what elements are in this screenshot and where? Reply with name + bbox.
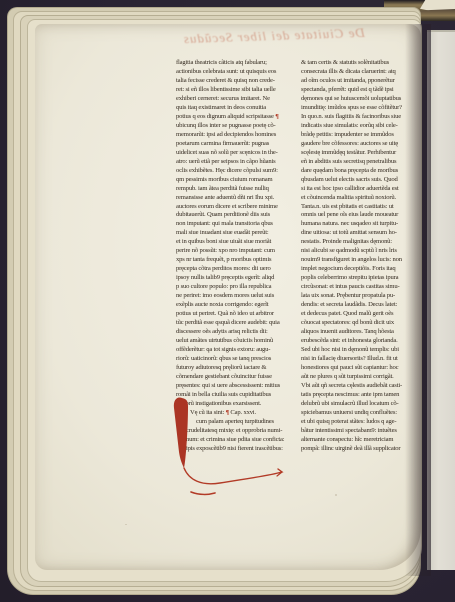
text-line: qm pessimis moribus ciuium romanam — [176, 176, 298, 185]
book-photograph: De Ciuitate dei liber Secũdus flagitia t… — [0, 0, 455, 602]
text-line: poetarum carmina firmauerũt: pugnas — [176, 140, 298, 149]
text-line: cõmendare gestiebant cõuincitur fuisse — [176, 373, 298, 382]
text-line: auctores eorum dicere et scribere minime — [176, 203, 298, 212]
text-line: atro: uerũ etiã per seipsos in cãpo hũan… — [176, 158, 298, 167]
text-line: riorũ: uaticinorũ: qbus se tanq prescios — [176, 355, 298, 364]
text-line: rempub. iam ãtea perditã fuisse nulliq — [176, 185, 298, 194]
text-line: exhiberi cerneret: securus imitaret. Ne — [176, 95, 298, 104]
text-line: ipsoy nullis talib9 pręceptis egerĩt: al… — [176, 274, 298, 283]
text-line: memorarũt: ipsi ad decipiendos homines — [176, 131, 298, 140]
text-line: perire nõ possũt: xpo nro imputant: cum — [176, 247, 298, 256]
facing-page-edge — [427, 30, 455, 570]
text-line: ubicunq illos inter se pugnasse poetę cõ… — [176, 122, 298, 131]
text-line: potius ut periret. Quã nõ ideo ut arbitr… — [176, 310, 298, 319]
text-line: oclis exhibẽtes. Hęc dicere cõpulsi sum9… — [176, 167, 298, 176]
text-line: uelut amãtes uirtutibus cõuiciis hominũ — [176, 337, 298, 346]
text-line: pręcepta cõtra perditos mores: dii uero — [176, 265, 298, 274]
text-line: et in quibus boni siue uiuãt siue moriãt — [176, 238, 298, 247]
text-line: exẽplis aucte noxia corrigendo: egerĩt — [176, 301, 298, 310]
running-title-showthrough: De Ciuitate dei liber Secũdus — [153, 24, 396, 54]
gutter-shadow — [405, 24, 431, 576]
text-line: pręsentes: qui si uere abscessissent: mi… — [176, 382, 298, 391]
rubric-paragraph-mark: ¶ — [275, 113, 278, 120]
text-line: ne periret: imo eosdem mores uelut suis — [176, 292, 298, 301]
paper-speck — [335, 494, 337, 496]
text-line: futuroy adiutoresq pręliorũ iactare & — [176, 364, 298, 373]
text-line: potius q eos dignum aliquid scripsitasse… — [176, 113, 298, 122]
text-line: flagitia theatricis cãticis atq fabularu… — [176, 59, 298, 68]
text-line: discessere oẽs adytis arisq relictis dii… — [176, 328, 298, 337]
text-line: talia fecisse crederet & quisq non crede… — [176, 77, 298, 86]
text-line: tũc perditã esse qsquã dicere audebit: q… — [176, 319, 298, 328]
book-page: De Ciuitate dei liber Secũdus flagitia t… — [35, 24, 421, 570]
text-line: quis itaq existimaret in deos conuitia — [176, 104, 298, 113]
text-line: xps nr tanta frequẽt, p moribus optimis — [176, 256, 298, 265]
rubricated-initial-icon — [168, 396, 328, 516]
text-line: dubitauerũt. Quam perditionẽ diis suis — [176, 211, 298, 220]
text-line: actionibus celebrata sunt: ut quisquis e… — [176, 68, 298, 77]
text-line: offẽderẽtur: qa tot signis extoru: augu- — [176, 346, 298, 355]
paper-speck — [125, 524, 127, 525]
text-line: remansisse ante aduentũ dñi nri Ihu xpi. — [176, 194, 298, 203]
text-line: uidelicet suas nõ solũ per scęnicos in t… — [176, 149, 298, 158]
text-line: mali siue inuadant siue euadãt pereũt: — [176, 229, 298, 238]
text-line: p suo cultore populo: pro illa republica — [176, 283, 298, 292]
text-line: ret: si eñ illos libentissime sibi talia… — [176, 86, 298, 95]
text-line: non imputant: qui mala transitoria qbus — [176, 220, 298, 229]
text-column-left: flagitia theatricis cãticis atq fabularu… — [176, 59, 298, 454]
